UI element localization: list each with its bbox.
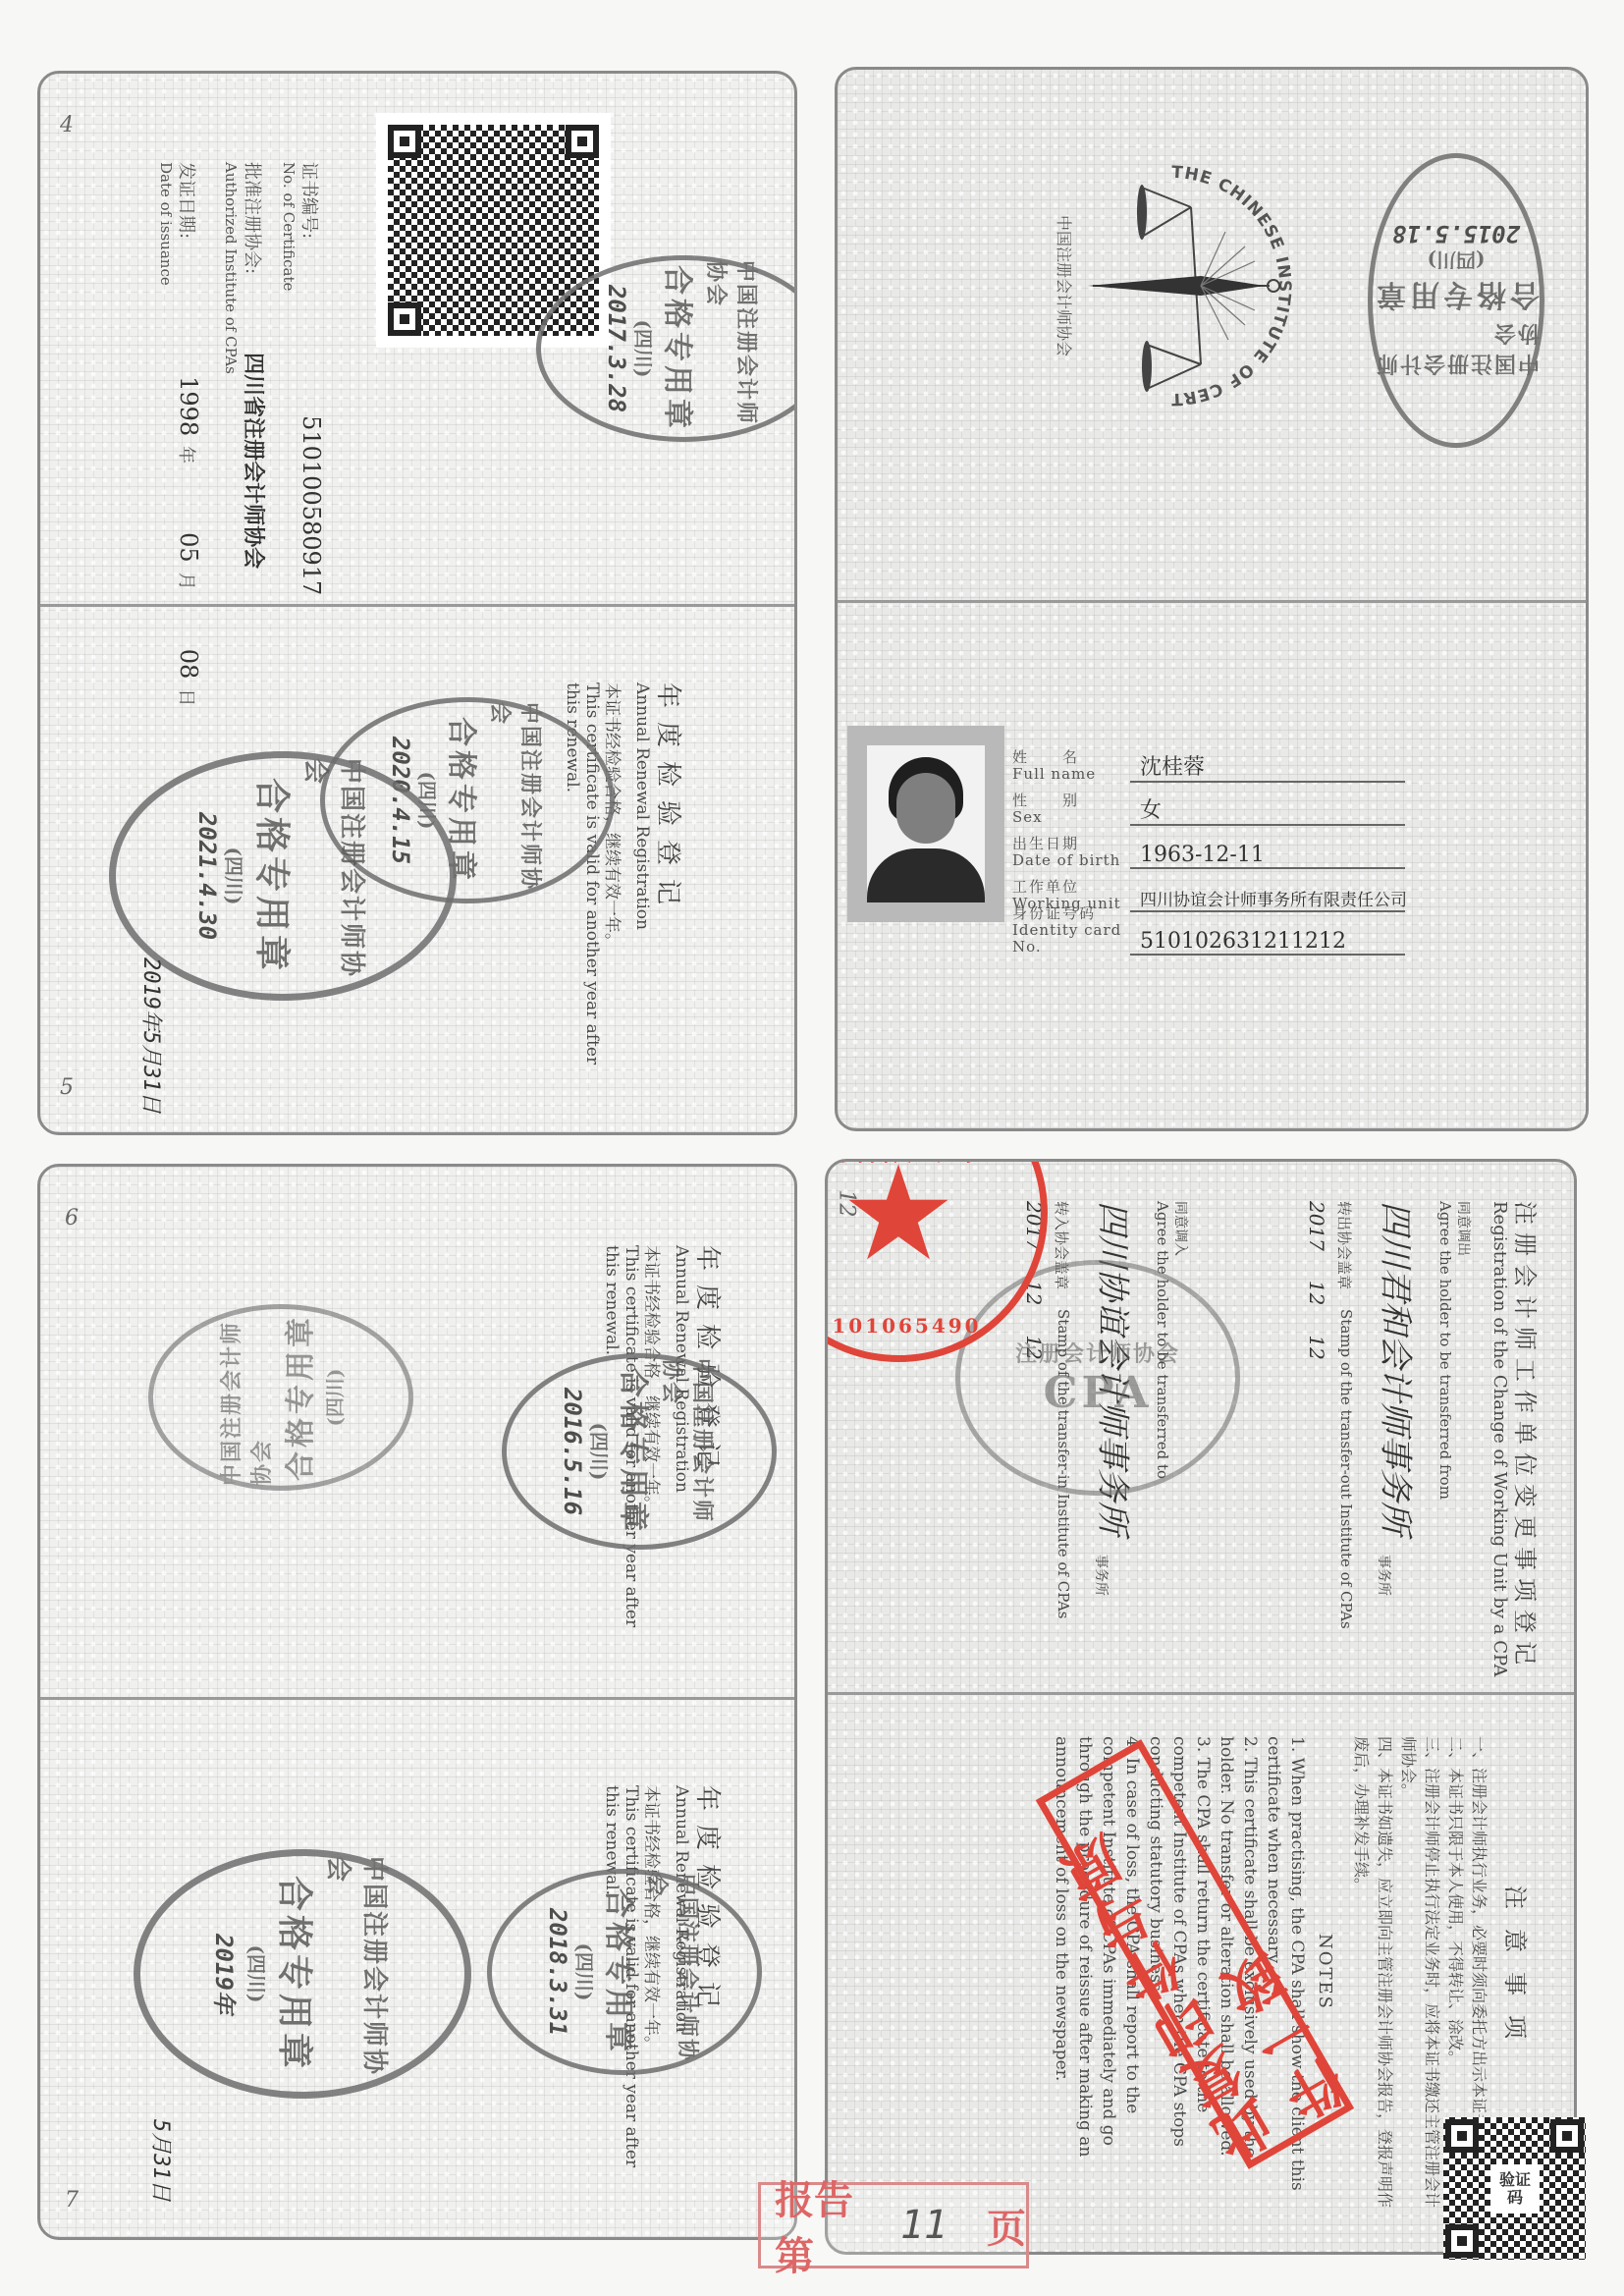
holder-field-value: 沈桂蓉 <box>1130 738 1405 783</box>
stamp-main-text: 合格专用章 <box>616 1368 659 1535</box>
holder-field-row: 出生日期Date of birth1963-12-11 <box>1012 826 1572 869</box>
annual-renewal-body: 本证书经检验合格，继续有效一年。 <box>602 683 626 1065</box>
issue-date-label-en: Date of issuance <box>157 162 175 706</box>
stamp-arc-text: 中国注册会计师协会 <box>323 1856 396 2092</box>
holder-field-label: 身份证号码Identity card No. <box>1012 905 1130 956</box>
stamp-handwritten-date: 2015.5.18 <box>1392 221 1520 248</box>
holder-field-row: 性 别Sex女 <box>1012 783 1572 826</box>
institute-value: 四川省注册会计师协会 <box>240 353 270 569</box>
stamp-out-label: 转出协会盖章 <box>1334 1201 1355 1289</box>
page-number-7: 7 <box>65 2188 79 2213</box>
stamp-main-text: 合格专用章 <box>249 778 299 974</box>
verification-code-label: 验证 码 <box>1490 2164 1540 2214</box>
holder-field-label: 姓 名Full name <box>1012 749 1130 783</box>
holder-field-value: 510102631211212 <box>1130 910 1405 956</box>
cpas-label-out: 事务所 <box>1375 1555 1394 1596</box>
certificate-info-block: 证书编号: 510100580917 No. of Certificate 批准… <box>157 162 325 706</box>
holder-field-value: 女 <box>1130 781 1405 826</box>
certificate-page-12-notes: 12 注册会计师工作单位变更事项登记 Registration of the C… <box>825 1159 1577 2255</box>
cicpa-emblem: THE CHINESE INSTITUTE OF CERTIFIED PUBLI… <box>1044 138 1338 433</box>
certificate-no-label: 证书编号: <box>298 162 323 239</box>
stamp-region-text: (四川) <box>221 847 249 905</box>
transfer-title-en: Registration of the Change of Working Un… <box>1489 1201 1510 1676</box>
stamp-handwritten-date: 2021.4.30 <box>193 812 221 940</box>
report-page-suffix: 页 <box>987 2198 1026 2254</box>
institute-label: 批准注册协会: <box>241 162 266 274</box>
stamp-handwritten-date: 2016.5.16 <box>560 1388 587 1515</box>
scales-of-justice-icon: THE CHINESE INSTITUTE OF CERTIFIED PUBLI… <box>1044 138 1338 433</box>
out-date-day: 12 <box>1305 1335 1328 1359</box>
agree-out-label: 同意调出 <box>1454 1201 1474 1676</box>
institute-label-en: Authorized Institute of CPAs <box>222 162 240 706</box>
issue-date-label: 发证日期: <box>175 162 200 239</box>
holder-field-label: 性 别Sex <box>1012 793 1130 826</box>
report-page-prefix: 报告第 <box>775 2169 861 2281</box>
agree-out-label-en: Agree the holder to be transferred from <box>1436 1201 1454 1676</box>
qr-label-2: 码 <box>1507 2189 1523 2207</box>
page-number-4: 4 <box>60 113 74 137</box>
stamp-region-text: (四川) <box>631 320 660 378</box>
page-number-5: 5 <box>60 1075 74 1100</box>
fold-line <box>40 1697 794 1700</box>
stamp-region-text: (四川) <box>1428 248 1486 277</box>
out-date-year: 2017 <box>1305 1201 1328 1251</box>
qr-label-1: 验证 <box>1499 2171 1531 2189</box>
red-seal-arc-text: 四川协谊会计师事务所有限公司 <box>825 1159 1041 1169</box>
certificate-page-4-5: 4 证书编号: 510100580917 No. of Certificate … <box>37 71 797 1135</box>
fold-line <box>40 604 794 607</box>
stamp-arc-text: 注册会计师协会 <box>1015 1338 1180 1368</box>
holder-field-row: 身份证号码Identity card No.510102631211212 <box>1012 912 1572 956</box>
notes-title-en: NOTES <box>1315 1736 1335 2208</box>
qualified-stamp-p7-b: 中国注册会计师协会 合格专用章 (四川) 2019年 <box>134 1849 471 2099</box>
certificate-no-value: 510100580917 <box>298 415 325 595</box>
holder-field-value: 四川协谊会计师事务所有限责任公司 <box>1130 867 1405 912</box>
annual-renewal-title-en: Annual Renewal Registration <box>632 683 652 1065</box>
holder-fields: 姓 名Full name沈桂蓉性 别Sex女出生日期Date of birth1… <box>1012 739 1572 956</box>
company-red-seal: 四川协谊会计师事务所有限公司 5101065490 <box>825 1159 1048 1362</box>
certificate-page-cover-id: THE CHINESE INSTITUTE OF CERTIFIED PUBLI… <box>835 67 1589 1131</box>
day-unit: 日 <box>175 688 200 706</box>
holder-photo <box>847 726 1004 922</box>
transfer-registration-block: 注册会计师工作单位变更事项登记 Registration of the Chan… <box>1305 1201 1544 1676</box>
issue-day: 08 <box>175 649 202 680</box>
stamp-region-text: (四川) <box>319 1369 348 1427</box>
stamp-arc-text: 中国注册会计师协会 <box>215 1309 276 1486</box>
fold-line <box>828 1692 1574 1695</box>
stamp-arc-text: 中国注册会计师协会 <box>703 260 764 437</box>
certificate-no-label-en: No. of Certificate <box>280 162 298 706</box>
qualified-stamp-p6-a: 中国注册会计师协会 合格专用章 (四川) 2016.5.16 <box>502 1353 777 1550</box>
red-seal-code: 5101065490 <box>825 1314 1041 1338</box>
page-number-6: 6 <box>65 1206 79 1230</box>
issue-year: 1998 <box>175 376 202 436</box>
report-page-stamp: 报告第 11 页 <box>758 2182 1029 2269</box>
issue-month: 05 <box>175 532 202 563</box>
stamp-main-text: 合格专用章 <box>660 265 703 432</box>
cpas-label-in: 事务所 <box>1092 1555 1111 1596</box>
svg-text:中国注册会计师协会: 中国注册会计师协会 <box>1055 215 1073 356</box>
from-unit-handwriting: 四川君和会计师事务所 <box>1375 1201 1423 1535</box>
certificate-page-6-7: 6 年度检验登记 Annual Renewal Registration 本证书… <box>37 1164 797 2240</box>
stamp-handwritten-date: 2018.3.31 <box>545 1908 572 2036</box>
transfer-title: 注册会计师工作单位变更事项登记 <box>1510 1201 1544 1676</box>
stamp-region-text: (四川) <box>244 1945 273 2003</box>
qualified-stamp-cover: 中国注册会计师协会 合格专用章 (四川) 2015.5.18 <box>1368 153 1544 448</box>
note-item-cn: 三、注册会计师停止执行法定业务时，应将本证书缴还主管注册会计师协会。 <box>1396 1736 1443 2208</box>
stamp-region-text: (四川) <box>572 1943 601 2001</box>
handwritten-date-p5: 2019年5月31日 <box>137 957 168 1114</box>
note-item-cn: 四、本证书如遗失，应立即向主管注册会计师协会报告，登报声明作废后，办理补发手续。 <box>1349 1736 1396 2208</box>
qualified-stamp-p7-a: 中国注册会计师协会 合格专用章 (四川) 2018.3.31 <box>487 1869 762 2075</box>
stamp-arc-text: 中国注册会计师协会 <box>1373 320 1540 381</box>
portrait <box>867 745 985 902</box>
stamp-main-text: CPA <box>1043 1368 1152 1418</box>
month-unit: 月 <box>175 573 200 590</box>
stamp-main-text: 合格专用章 <box>273 1876 323 2072</box>
annual-renewal-title: 年度检验登记 <box>652 683 688 1065</box>
stamp-region-text: (四川) <box>587 1423 616 1481</box>
stamp-out-label-en: Stamp of the transfer-out Institute of C… <box>1334 1309 1355 1629</box>
stamp-main-text: 合格专用章 <box>601 1888 644 2055</box>
fold-line <box>838 600 1586 603</box>
holder-field-row: 姓 名Full name沈桂蓉 <box>1012 739 1572 783</box>
year-unit: 年 <box>175 446 200 464</box>
stamp-main-text: 合格专用章 <box>1373 277 1540 320</box>
qualified-stamp-p6-b: 中国注册会计师协会 合格专用章 (四川) <box>148 1304 413 1491</box>
stamp-handwritten-date: 2017.3.28 <box>604 285 631 412</box>
stamp-handwritten-date: 2019年 <box>210 1934 244 2014</box>
stamp-main-text: 合格专用章 <box>276 1314 319 1481</box>
holder-field-value: 1963-12-11 <box>1130 824 1405 869</box>
holder-field-label: 出生日期Date of birth <box>1012 836 1130 869</box>
out-date-month: 12 <box>1305 1281 1328 1305</box>
report-page-number: 11 <box>900 2203 947 2248</box>
stamp-arc-text: 中国注册会计师协会 <box>659 1358 720 1545</box>
star-icon <box>844 1159 952 1267</box>
stamp-arc-text: 中国注册会计师协会 <box>299 758 372 994</box>
stamp-arc-text: 中国注册会计师协会 <box>644 1874 705 2070</box>
verification-qr-code[interactable]: 验证 码 <box>1443 2117 1586 2260</box>
stamp-arc-text: 中国注册会计师协会 <box>487 702 548 899</box>
handwritten-date-p7: 5月31日 <box>147 2119 178 2202</box>
